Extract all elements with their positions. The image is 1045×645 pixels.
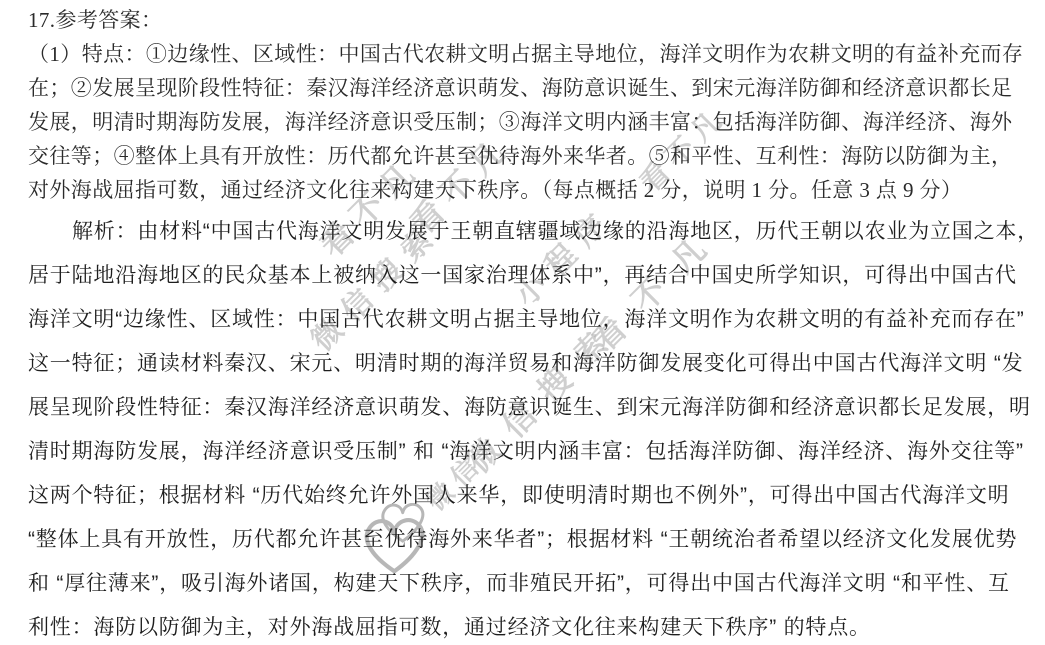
analysis-line: 清时期海防发展，海洋经济意识受压制” 和 “海洋文明内涵丰富：包括海洋防御、海洋… [28, 430, 1017, 474]
answer-line: 在；②发展呈现阶段性特征：秦汉海洋经济意识萌发、海防意识诞生、到宋元海洋防御和经… [28, 71, 1017, 105]
answer-line: 对外海战屈指可数，通过经济文化往来构建天下秩序。（每点概括 2 分，说明 1 分… [28, 173, 1017, 207]
analysis-line: 这两个特征；根据材料 “历代始终允许外国人来华，即使明清时期也不例外”，可得出中… [28, 474, 1017, 518]
answer-line: （1）特点：①边缘性、区域性：中国古代农耕文明占据主导地位，海洋文明作为农耕文明… [28, 37, 1017, 71]
answer-line: 发展，明清时期海防发展，海洋经济意识受压制；③海洋文明内涵丰富：包括海洋防御、海… [28, 105, 1017, 139]
analysis-line: 和 “厚往薄来”，吸引海外诸国，构建天下秩序，而非殖民开拓”，可得出中国古代海洋… [28, 562, 1017, 606]
analysis-line: 海洋文明“边缘性、区域性：中国古代农耕文明占据主导地位，海洋文明作为农耕文明的有… [28, 298, 1017, 342]
analysis-line: 居于陆地沿海地区的民众基本上被纳入这一国家治理体系中”，再结合中国史所学知识，可… [28, 254, 1017, 298]
analysis-section: 解析：由材料“中国古代海洋文明发展于王朝直辖疆域边缘的沿海地区，历代王朝以农业为… [28, 210, 1017, 645]
analysis-line: 解析：由材料“中国古代海洋文明发展于王朝直辖疆域边缘的沿海地区，历代王朝以农业为… [28, 210, 1017, 254]
analysis-line: 展呈现阶段性特征：秦汉海洋经济意识萌发、海防意识诞生、到宋元海洋防御和经济意识都… [28, 386, 1017, 430]
analysis-line: 利性：海防以防御为主，对外海战屈指可数，通过经济文化往来构建天下秩序” 的特点。 [28, 606, 1017, 645]
document-page: 看不凡 看不凡 微信搜索 小程序 看不凡 看不凡 微信搜索 微信 17.参考答案… [0, 0, 1045, 645]
analysis-line: 这一特征；通读材料秦汉、宋元、明清时期的海洋贸易和海洋防御发展变化可得出中国古代… [28, 342, 1017, 386]
analysis-line: “整体上具有开放性，历代都允许甚至优待海外来华者”；根据材料 “王朝统治者希望以… [28, 518, 1017, 562]
answer-section: 17.参考答案： （1）特点：①边缘性、区域性：中国古代农耕文明占据主导地位，海… [28, 3, 1017, 207]
answer-heading: 17.参考答案： [28, 3, 1017, 37]
answer-line: 交往等；④整体上具有开放性：历代都允许甚至优待海外来华者。⑤和平性、互利性：海防… [28, 139, 1017, 173]
